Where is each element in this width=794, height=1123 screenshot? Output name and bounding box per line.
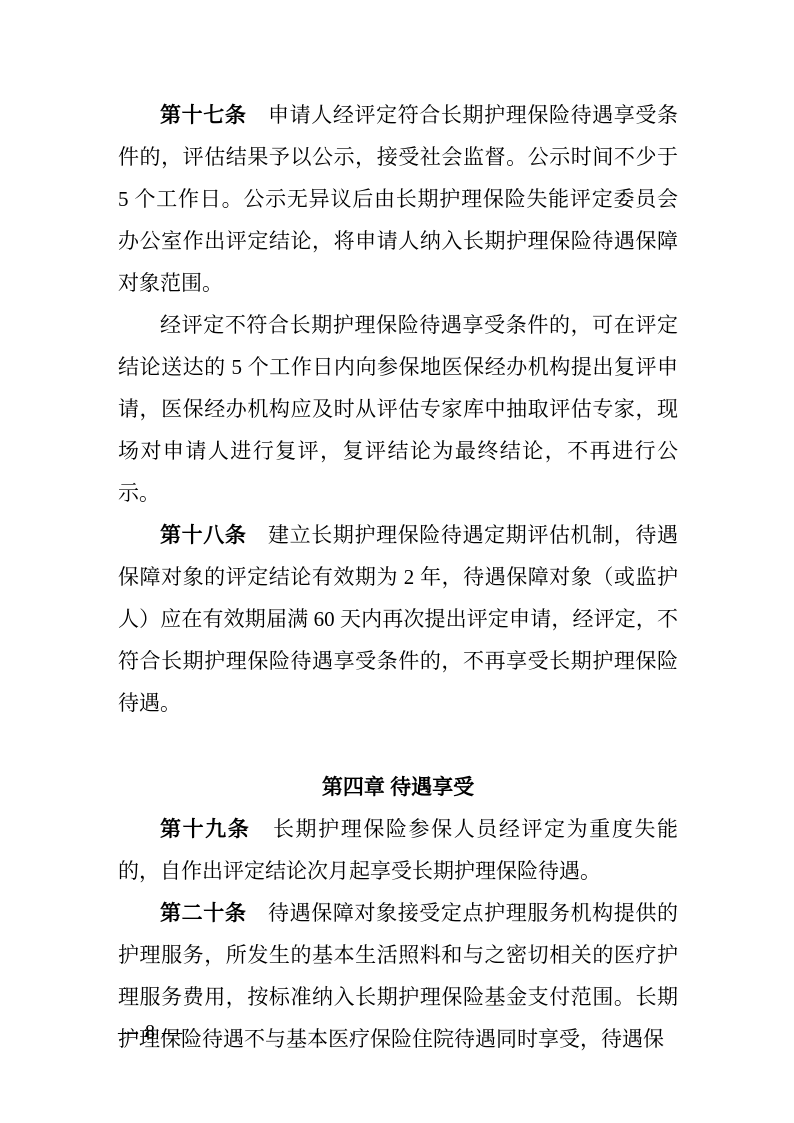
- article-20-number: 第二十条: [160, 901, 268, 925]
- article-19-number: 第十九条: [160, 817, 273, 841]
- paragraph-reassessment-text: 经评定不符合长期护理保险待遇享受条件的，可在评定结论送达的 5 个工作日内向参保…: [118, 313, 678, 505]
- article-17-number: 第十七条: [160, 103, 268, 127]
- paragraph-article-17: 第十七条 申请人经评定符合长期护理保险待遇享受条件的，评估结果予以公示，接受社会…: [118, 94, 678, 304]
- paragraph-article-19: 第十九条 长期护理保险参保人员经评定为重度失能的，自作出评定结论次月起享受长期护…: [118, 808, 678, 892]
- document-body: 第十七条 申请人经评定符合长期护理保险待遇享受条件的，评估结果予以公示，接受社会…: [118, 94, 678, 1060]
- paragraph-article-20: 第二十条 待遇保障对象接受定点护理服务机构提供的护理服务，所发生的基本生活照料和…: [118, 892, 678, 1060]
- paragraph-reassessment: 经评定不符合长期护理保险待遇享受条件的，可在评定结论送达的 5 个工作日内向参保…: [118, 304, 678, 514]
- article-18-text: 建立长期护理保险待遇定期评估机制，待遇保障对象的评定结论有效期为 2 年，待遇保…: [118, 523, 678, 715]
- article-17-text: 申请人经评定符合长期护理保险待遇享受条件的，评估结果予以公示，接受社会监督。公示…: [118, 103, 678, 295]
- page-number-footer: — 8 —: [118, 1011, 183, 1053]
- chapter-4-heading: 第四章 待遇享受: [118, 766, 678, 808]
- paragraph-article-18: 第十八条 建立长期护理保险待遇定期评估机制，待遇保障对象的评定结论有效期为 2 …: [118, 514, 678, 724]
- article-18-number: 第十八条: [160, 523, 268, 547]
- document-page: 第十七条 申请人经评定符合长期护理保险待遇享受条件的，评估结果予以公示，接受社会…: [0, 0, 794, 1123]
